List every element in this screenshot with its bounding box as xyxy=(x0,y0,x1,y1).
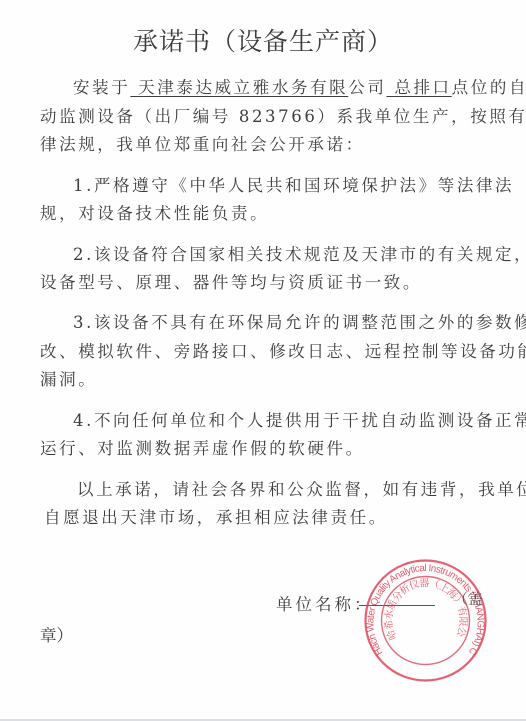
company-seal-stamp: Hach Water Quality Analytical Instrument… xyxy=(363,558,488,683)
seal-note-end: 章） xyxy=(40,622,73,646)
item-2-line-1: 2.该设备符合国家相关技术规范及天津市的有关规定， xyxy=(73,241,526,265)
intro-line-3: 律法规，我单位郑重向社会公开承诺： xyxy=(40,131,365,155)
intro-suffix: 点位的自 xyxy=(452,78,526,97)
intro-line-2: 动监测设备（出厂编号 823766）系我单位生产，按照有关法 xyxy=(40,103,526,127)
document-page: 承诺书（设备生产商） 安装于 天津泰达威立雅水务有限公司 总排口点位的自 动监测… xyxy=(0,0,526,719)
item-2-line-2: 设备型号、原理、器件等均与资质证书一致。 xyxy=(40,269,422,293)
closing-line-2: 自愿退出天津市场，承担相应法律责任。 xyxy=(44,504,388,528)
item-4-line-2: 运行、对监测数据弄虚作假的软硬件。 xyxy=(40,435,365,459)
item-4-line-1: 4.不向任何单位和个人提供用于干扰自动监测设备正常 xyxy=(73,407,526,431)
company-name-field: 天津泰达威立雅水务有限 xyxy=(130,78,348,97)
item-3-line-1: 3.该设备不具有在环保局允许的调整范围之外的参数修 xyxy=(73,309,526,333)
signature-label: 单位名称： xyxy=(276,591,374,615)
closing-line-1: 以上承诺，请社会各界和公众监督，如有违背，我单位 xyxy=(77,476,526,500)
item-1-line-2: 规，对设备技术性能负责。 xyxy=(40,200,269,224)
item-3-line-3: 漏洞。 xyxy=(40,366,97,390)
company-suffix: 公司 xyxy=(348,78,386,97)
seal-note: （盖 xyxy=(453,588,483,609)
document-title: 承诺书（设备生产商） xyxy=(0,22,526,58)
item-1-line-1: 1.严格遵守《中华人民共和国环境保护法》等法律法 xyxy=(73,172,514,196)
item-3-line-2: 改、模拟软件、旁路接口、修改日志、远程控制等设备功能 xyxy=(40,338,526,362)
intro-prefix: 安装于 xyxy=(73,78,130,97)
location-field: 总排口 xyxy=(386,78,451,97)
intro-line-1: 安装于 天津泰达威立雅水务有限公司 总排口点位的自 xyxy=(73,74,526,98)
